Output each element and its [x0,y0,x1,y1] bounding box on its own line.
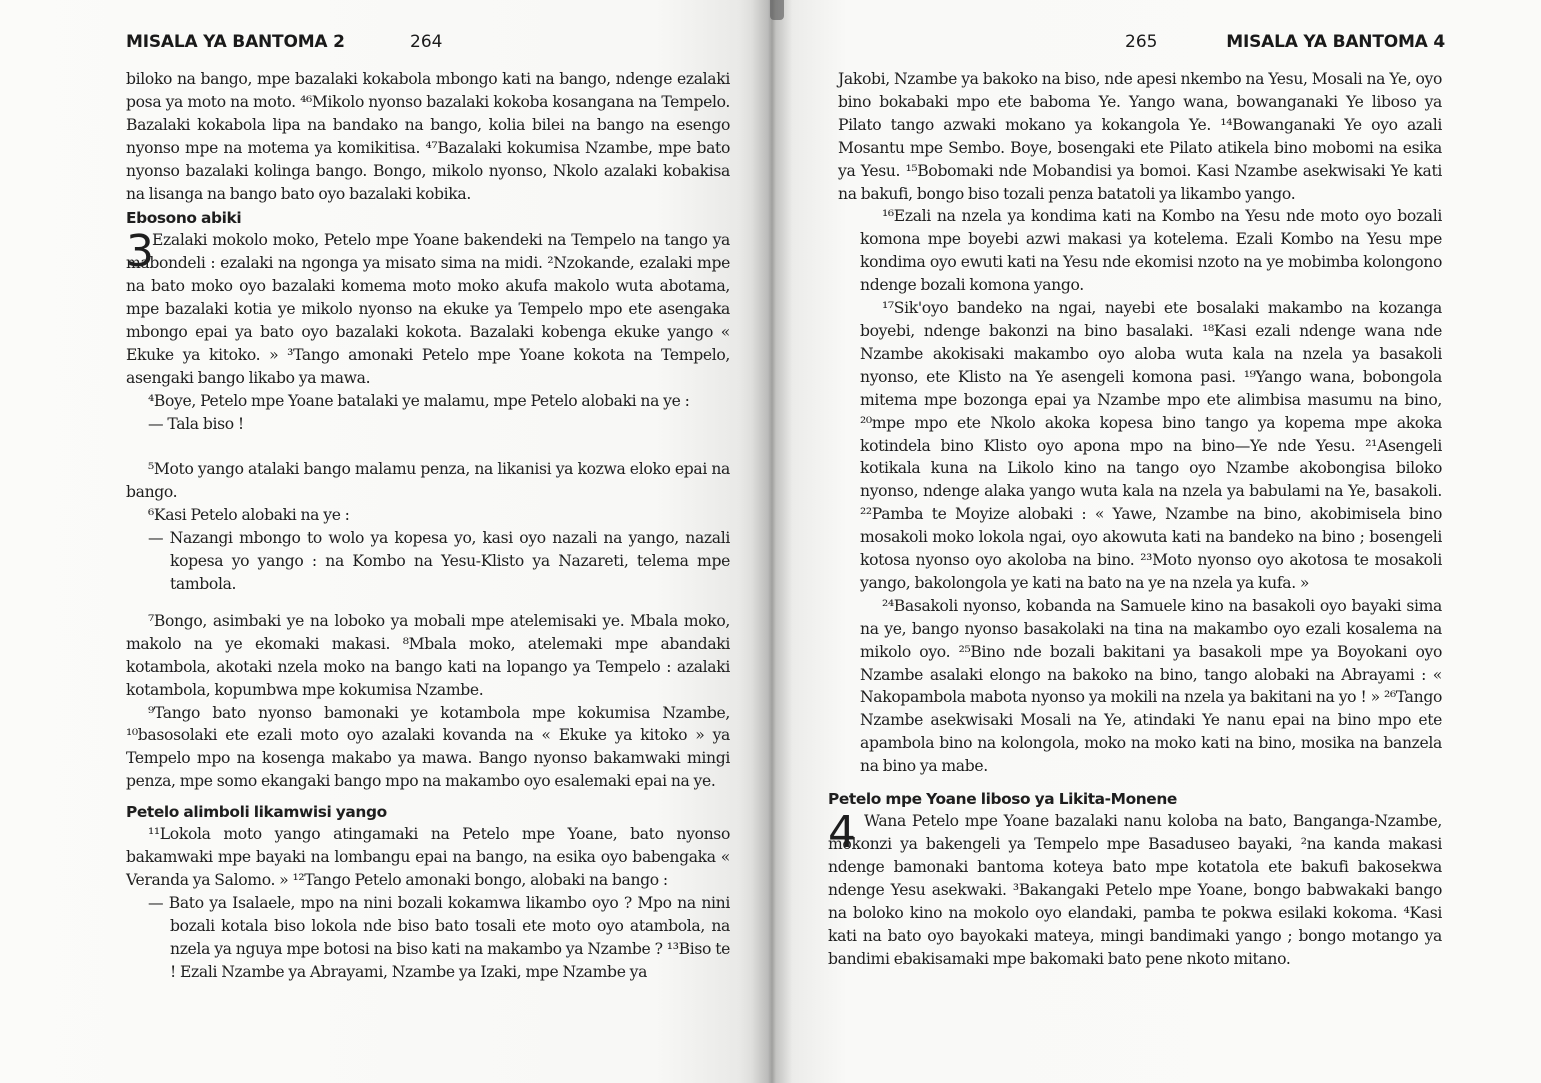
section-heading: Petelo alimboli likamwisi yango [126,801,730,823]
spacer [126,436,730,459]
page-number: 264 [410,32,442,52]
left-page: MISALA YA BANTOMA 2 264 biloko na bango,… [0,0,770,1083]
book-spread: MISALA YA BANTOMA 2 264 biloko na bango,… [0,0,1541,1083]
paragraph: Ezalaki mokolo moko, Petelo mpe Yoane ba… [126,229,730,389]
dialogue-line: — Tala biso ! [126,413,730,436]
running-title: MISALA YA BANTOMA 4 [1226,32,1445,52]
running-title: MISALA YA BANTOMA 2 [126,32,345,52]
paragraph: ¹¹Lokola moto yango atingamaki na Petelo… [126,823,730,892]
paragraph: biloko na bango, mpe bazalaki kokabola m… [126,68,730,205]
chapter-start: 3 Ezalaki mokolo moko, Petelo mpe Yoane … [126,229,730,389]
paragraph: ⁷Bongo, asimbaki ye na loboko ya mobali … [126,610,730,702]
paragraph: ⁵Moto yango atalaki bango malamu penza, … [126,458,730,504]
dialogue-line: — Nazangi mbongo to wolo ya kopesa yo, k… [148,527,730,596]
paragraph: Jakobi, Nzambe ya bakoko na biso, nde ap… [838,68,1442,205]
left-page-header: MISALA YA BANTOMA 2 264 [126,32,726,56]
page-number: 265 [1125,32,1157,52]
right-text-column: Jakobi, Nzambe ya bakoko na biso, nde ap… [838,68,1442,970]
paragraph: ¹⁷Sik'oyo bandeko na ngai, nayebi ete bo… [838,297,1442,595]
chapter-start: 4 Wana Petelo mpe Yoane bazalaki nanu ko… [828,810,1442,970]
chapter-number: 4 [828,811,856,855]
section-heading: Petelo mpe Yoane liboso ya Likita-Monene [828,788,1442,810]
book-spine-edge [770,0,784,20]
right-page-header: 265 MISALA YA BANTOMA 4 [1125,32,1445,56]
paragraph: ⁶Kasi Petelo alobaki na ye : [126,504,730,527]
paragraph: ¹⁶Ezali na nzela ya kondima kati na Komb… [838,205,1442,297]
section-heading: Ebosono abiki [126,207,730,229]
spacer [126,596,730,610]
dialogue-line: — Bato ya Isalaele, mpo na nini bozali k… [148,892,730,984]
paragraph: ²⁴Basakoli nyonso, kobanda na Samuele ki… [838,595,1442,778]
paragraph: ⁴Boye, Petelo mpe Yoane batalaki ye mala… [126,390,730,413]
right-page: 265 MISALA YA BANTOMA 4 Jakobi, Nzambe y… [770,0,1541,1083]
paragraph: Wana Petelo mpe Yoane bazalaki nanu kolo… [828,810,1442,970]
chapter-number: 3 [126,230,154,274]
paragraph: ⁹Tango bato nyonso bamonaki ye kotambola… [126,702,730,794]
left-text-column: biloko na bango, mpe bazalaki kokabola m… [126,68,730,984]
book-gutter-shadow [752,0,792,1083]
